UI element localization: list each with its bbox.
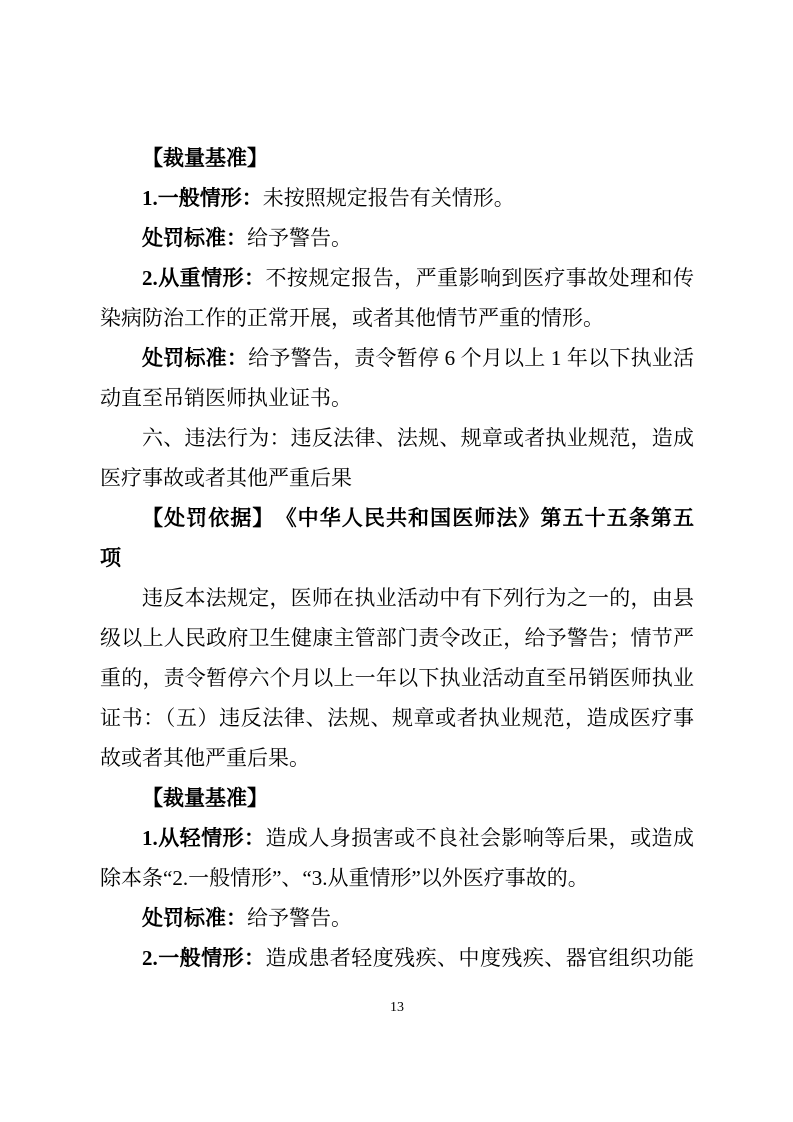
doc-line: 证书：（五）违反法律、法规、规章或者执业规范，造成医疗事 [100,698,694,738]
doc-line: 1.从轻情形：造成人身损害或不良社会影响等后果，或造成 [100,818,694,858]
text-segment: 医疗事故或者其他严重后果 [100,466,352,490]
text-segment: 不按规定报告，严重影响到医疗事故处理和传 [265,266,694,290]
text-segment-bold: 【裁量基准】 [142,146,268,170]
document-body: 【裁量基准】1.一般情形：未按照规定报告有关情形。处罚标准：给予警告。2.从重情… [100,138,694,978]
doc-line: 染病防治工作的正常开展，或者其他情节严重的情形。 [100,298,694,338]
text-segment-bold: 处罚标准： [142,346,248,370]
doc-line: 动直至吊销医师执业证书。 [100,378,694,418]
text-segment: 故或者其他严重后果。 [100,746,310,770]
text-segment: 未按照规定报告有关情形。 [263,186,515,210]
text-segment-bold: 项 [100,546,121,570]
page-number: 13 [100,998,694,1018]
doc-line: 六、违法行为：违反法律、法规、规章或者执业规范，造成 [100,418,694,458]
doc-line: 违反本法规定，医师在执业活动中有下列行为之一的，由县 [100,578,694,618]
doc-line: 重的，责令暂停六个月以上一年以下执业活动直至吊销医师执业 [100,658,694,698]
doc-line: 【裁量基准】 [100,778,694,818]
doc-line: 2.从重情形：不按规定报告，严重影响到医疗事故处理和传 [100,258,694,298]
doc-line: 【处罚依据】 《中华人民共和国医师法》第五十五条第五 [100,498,694,538]
text-segment: 造成人身损害或不良社会影响等后果，或造成 [265,826,694,850]
text-segment: 造成患者轻度残疾、中度残疾、器官组织功能 [265,946,694,970]
text-segment: 级以上人民政府卫生健康主管部门责令改正，给予警告；情节严 [100,626,694,650]
text-segment: 给予警告，责令暂停 6 个月以上 1 年以下执业活 [248,346,694,370]
text-segment: 除本条“2.一般情形”、“3.从重情形”以外医疗事故的。 [100,866,589,890]
text-segment-bold: 1.一般情形： [142,186,263,210]
doc-line: 级以上人民政府卫生健康主管部门责令改正，给予警告；情节严 [100,618,694,658]
text-segment: 给予警告。 [247,226,352,250]
doc-line: 处罚标准：给予警告，责令暂停 6 个月以上 1 年以下执业活 [100,338,694,378]
text-segment: 证书：（五）违反法律、法规、规章或者执业规范，造成医疗事 [100,706,694,730]
text-segment: 动直至吊销医师执业证书。 [100,386,352,410]
doc-line: 1.一般情形：未按照规定报告有关情形。 [100,178,694,218]
doc-line: 项 [100,538,694,578]
doc-line: 处罚标准：给予警告。 [100,898,694,938]
text-segment-bold: 2.从重情形： [142,266,265,290]
text-segment-bold: 【处罚依据】 [142,506,286,530]
text-segment-bold: 1.从轻情形： [142,826,265,850]
doc-line: 医疗事故或者其他严重后果 [100,458,694,498]
text-segment-bold: 【裁量基准】 [142,786,268,810]
text-segment: 重的，责令暂停六个月以上一年以下执业活动直至吊销医师执业 [100,666,694,690]
text-segment: 六、违法行为：违反法律、法规、规章或者执业规范，造成 [142,426,694,450]
doc-line: 2.一般情形：造成患者轻度残疾、中度残疾、器官组织功能 [100,938,694,978]
doc-line: 【裁量基准】 [100,138,694,178]
text-segment: 染病防治工作的正常开展，或者其他情节严重的情形。 [100,306,604,330]
doc-line: 除本条“2.一般情形”、“3.从重情形”以外医疗事故的。 [100,858,694,898]
doc-line: 处罚标准：给予警告。 [100,218,694,258]
text-segment: 给予警告。 [247,906,352,930]
text-segment-bold: 2.一般情形： [142,946,265,970]
text-segment-bold: 处罚标准： [142,906,247,930]
text-segment: 违反本法规定，医师在执业活动中有下列行为之一的，由县 [142,586,694,610]
text-segment-bold: 处罚标准： [142,226,247,250]
document-page: 【裁量基准】1.一般情形：未按照规定报告有关情形。处罚标准：给予警告。2.从重情… [0,0,793,1122]
doc-line: 故或者其他严重后果。 [100,738,694,778]
text-segment-bold: 《中华人民共和国医师法》第五十五条第五 [286,506,694,530]
